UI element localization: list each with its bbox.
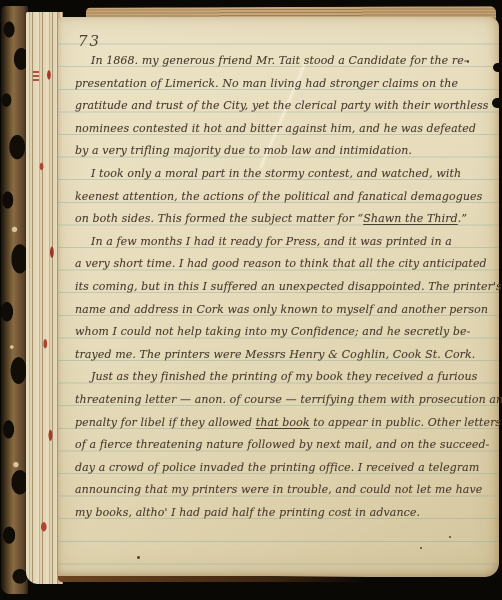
page-number: 73 [78,32,101,50]
manuscript-line: presentation of Limerick. No man living … [75,73,489,96]
right-edge-notch [493,63,502,72]
manuscript-line: In 1868. my generous friend Mr. Tait sto… [75,50,489,73]
paper-speck [420,547,422,549]
manuscript-text: In 1868. my generous friend Mr. Tait sto… [75,50,489,524]
line-text: of a fierce threatening nature followed … [75,438,490,451]
line-text: name and address in Cork was only known … [75,303,488,316]
line-text: its coming, but in this I suffered an un… [75,280,502,293]
line-text: penalty for libel if they allowed [75,416,256,429]
line-text: I took only a moral part in the stormy c… [91,167,461,180]
red-edge-sprinkle [33,71,39,82]
manuscript-line: announcing that my printers were in trou… [75,479,489,502]
paper-speck [467,60,469,63]
line-text: my books, altho' I had paid half the pri… [75,506,420,519]
line-text: presentation of Limerick. No man living … [75,77,458,90]
manuscript-line: Just as they finished the printing of my… [75,366,489,389]
manuscript-line: keenest attention, the actions of the po… [75,186,489,209]
manuscript-line: whom I could not help taking into my Con… [75,321,489,344]
manuscript-line: In a few months I had it ready for Press… [75,231,489,254]
marbled-binding [1,6,28,594]
paper-speck [358,87,360,89]
manuscript-line: of a fierce threatening nature followed … [75,434,489,457]
manuscript-line: gratitude and trust of the City, yet the… [75,95,489,118]
manuscript-line: a very short time. I had good reason to … [75,253,489,276]
manuscript-line: by a very trifling majority due to mob l… [75,140,489,163]
line-text: threatening letter — anon. of course — t… [75,393,502,406]
line-text: on both sides. This formed the subject m… [75,212,363,225]
line-text: by a very trifling majority due to mob l… [75,144,412,157]
manuscript-page: 73 In 1868. my generous friend Mr. Tait … [58,17,499,577]
line-text: trayed me. The printers were Messrs Henr… [75,348,475,361]
line-text: .” [458,212,467,225]
manuscript-line: its coming, but in this I suffered an un… [75,276,489,299]
underlined-phrase: Shawn the Third [363,212,457,225]
line-text: gratitude and trust of the City, yet the… [75,99,488,112]
paper-speck [137,556,140,559]
line-text: keenest attention, the actions of the po… [75,190,482,203]
line-text: announcing that my printers were in trou… [75,483,482,496]
book-board-edge [58,576,368,582]
manuscript-line: nominees contested it hot and bitter aga… [75,118,489,141]
line-text: a very short time. I had good reason to … [75,257,487,270]
manuscript-line: I took only a moral part in the stormy c… [75,163,489,186]
line-text: day a crowd of police invaded the printi… [75,461,479,474]
manuscript-line: name and address in Cork was only known … [75,299,489,322]
line-text: whom I could not help taking into my Con… [75,325,470,338]
manuscript-line: on both sides. This formed the subject m… [75,208,489,231]
paper-speck [449,536,451,538]
line-text: In a few months I had it ready for Press… [91,235,452,248]
line-text: In 1868. my generous friend Mr. Tait sto… [91,54,468,67]
right-edge-notch [492,98,502,108]
book-photograph: 73 In 1868. my generous friend Mr. Tait … [0,0,502,600]
manuscript-line: day a crowd of police invaded the printi… [75,457,489,480]
manuscript-line: threatening letter — anon. of course — t… [75,389,489,412]
line-text: nominees contested it hot and bitter aga… [75,122,476,135]
manuscript-line: trayed me. The printers were Messrs Henr… [75,344,489,367]
underlined-phrase: that book [256,416,310,429]
line-text: Just as they finished the printing of my… [91,370,477,383]
manuscript-line: penalty for libel if they allowed that b… [75,412,489,435]
manuscript-line: my books, altho' I had paid half the pri… [75,502,489,525]
line-text: to appear in public. Other letters [310,416,502,429]
